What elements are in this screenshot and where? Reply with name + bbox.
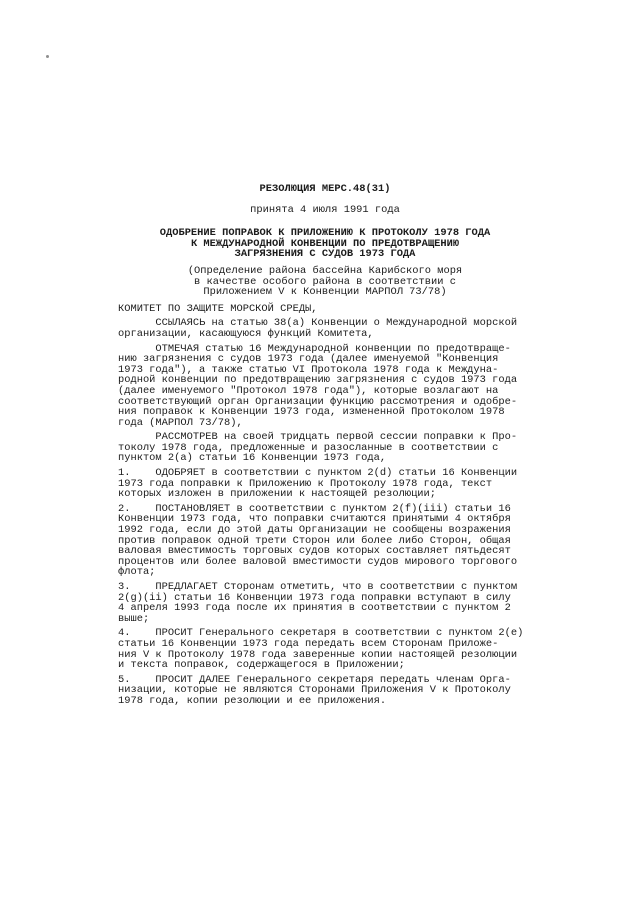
scan-speck [46,55,49,58]
document-content: РЕЗОЛЮЦИЯ МЕРС.48(31) принята 4 июля 199… [118,184,532,711]
preamble-having-considered: РАССМОТРЕВ на своей тридцать первой сесс… [118,432,532,464]
operative-clause-2: 2. ПОСТАНОВЛЯЕТ в соответствии с пунктом… [118,504,532,578]
document-page: РЕЗОЛЮЦИЯ МЕРС.48(31) принята 4 июля 199… [0,0,640,905]
resolution-heading: ОДОБРЕНИЕ ПОПРАВОК К ПРИЛОЖЕНИЮ К ПРОТОК… [118,228,532,260]
preamble-committee-line: КОМИТЕТ ПО ЗАЩИТЕ МОРСКОЙ СРЕДЫ, [118,304,532,315]
operative-clause-4: 4. ПРОСИТ Генерального секретаря в соотв… [118,628,532,670]
resolution-subtitle: (Определение района бассейна Карибского … [118,266,532,298]
preamble-noting: ОТМЕЧАЯ статью 16 Международной конвенци… [118,344,532,429]
operative-clause-3: 3. ПРЕДЛАГАЕТ Сторонам отметить, что в с… [118,582,532,624]
adoption-date-line: принята 4 июля 1991 года [118,205,532,216]
preamble-recalling: ССЫЛАЯСЬ на статью 38(а) Конвенции о Меж… [118,318,532,339]
operative-clause-1: 1. ОДОБРЯЕТ в соответствии с пунктом 2(d… [118,468,532,500]
resolution-title: РЕЗОЛЮЦИЯ МЕРС.48(31) [118,184,532,195]
operative-clause-5: 5. ПРОСИТ ДАЛЕЕ Генерального секретаря п… [118,675,532,707]
